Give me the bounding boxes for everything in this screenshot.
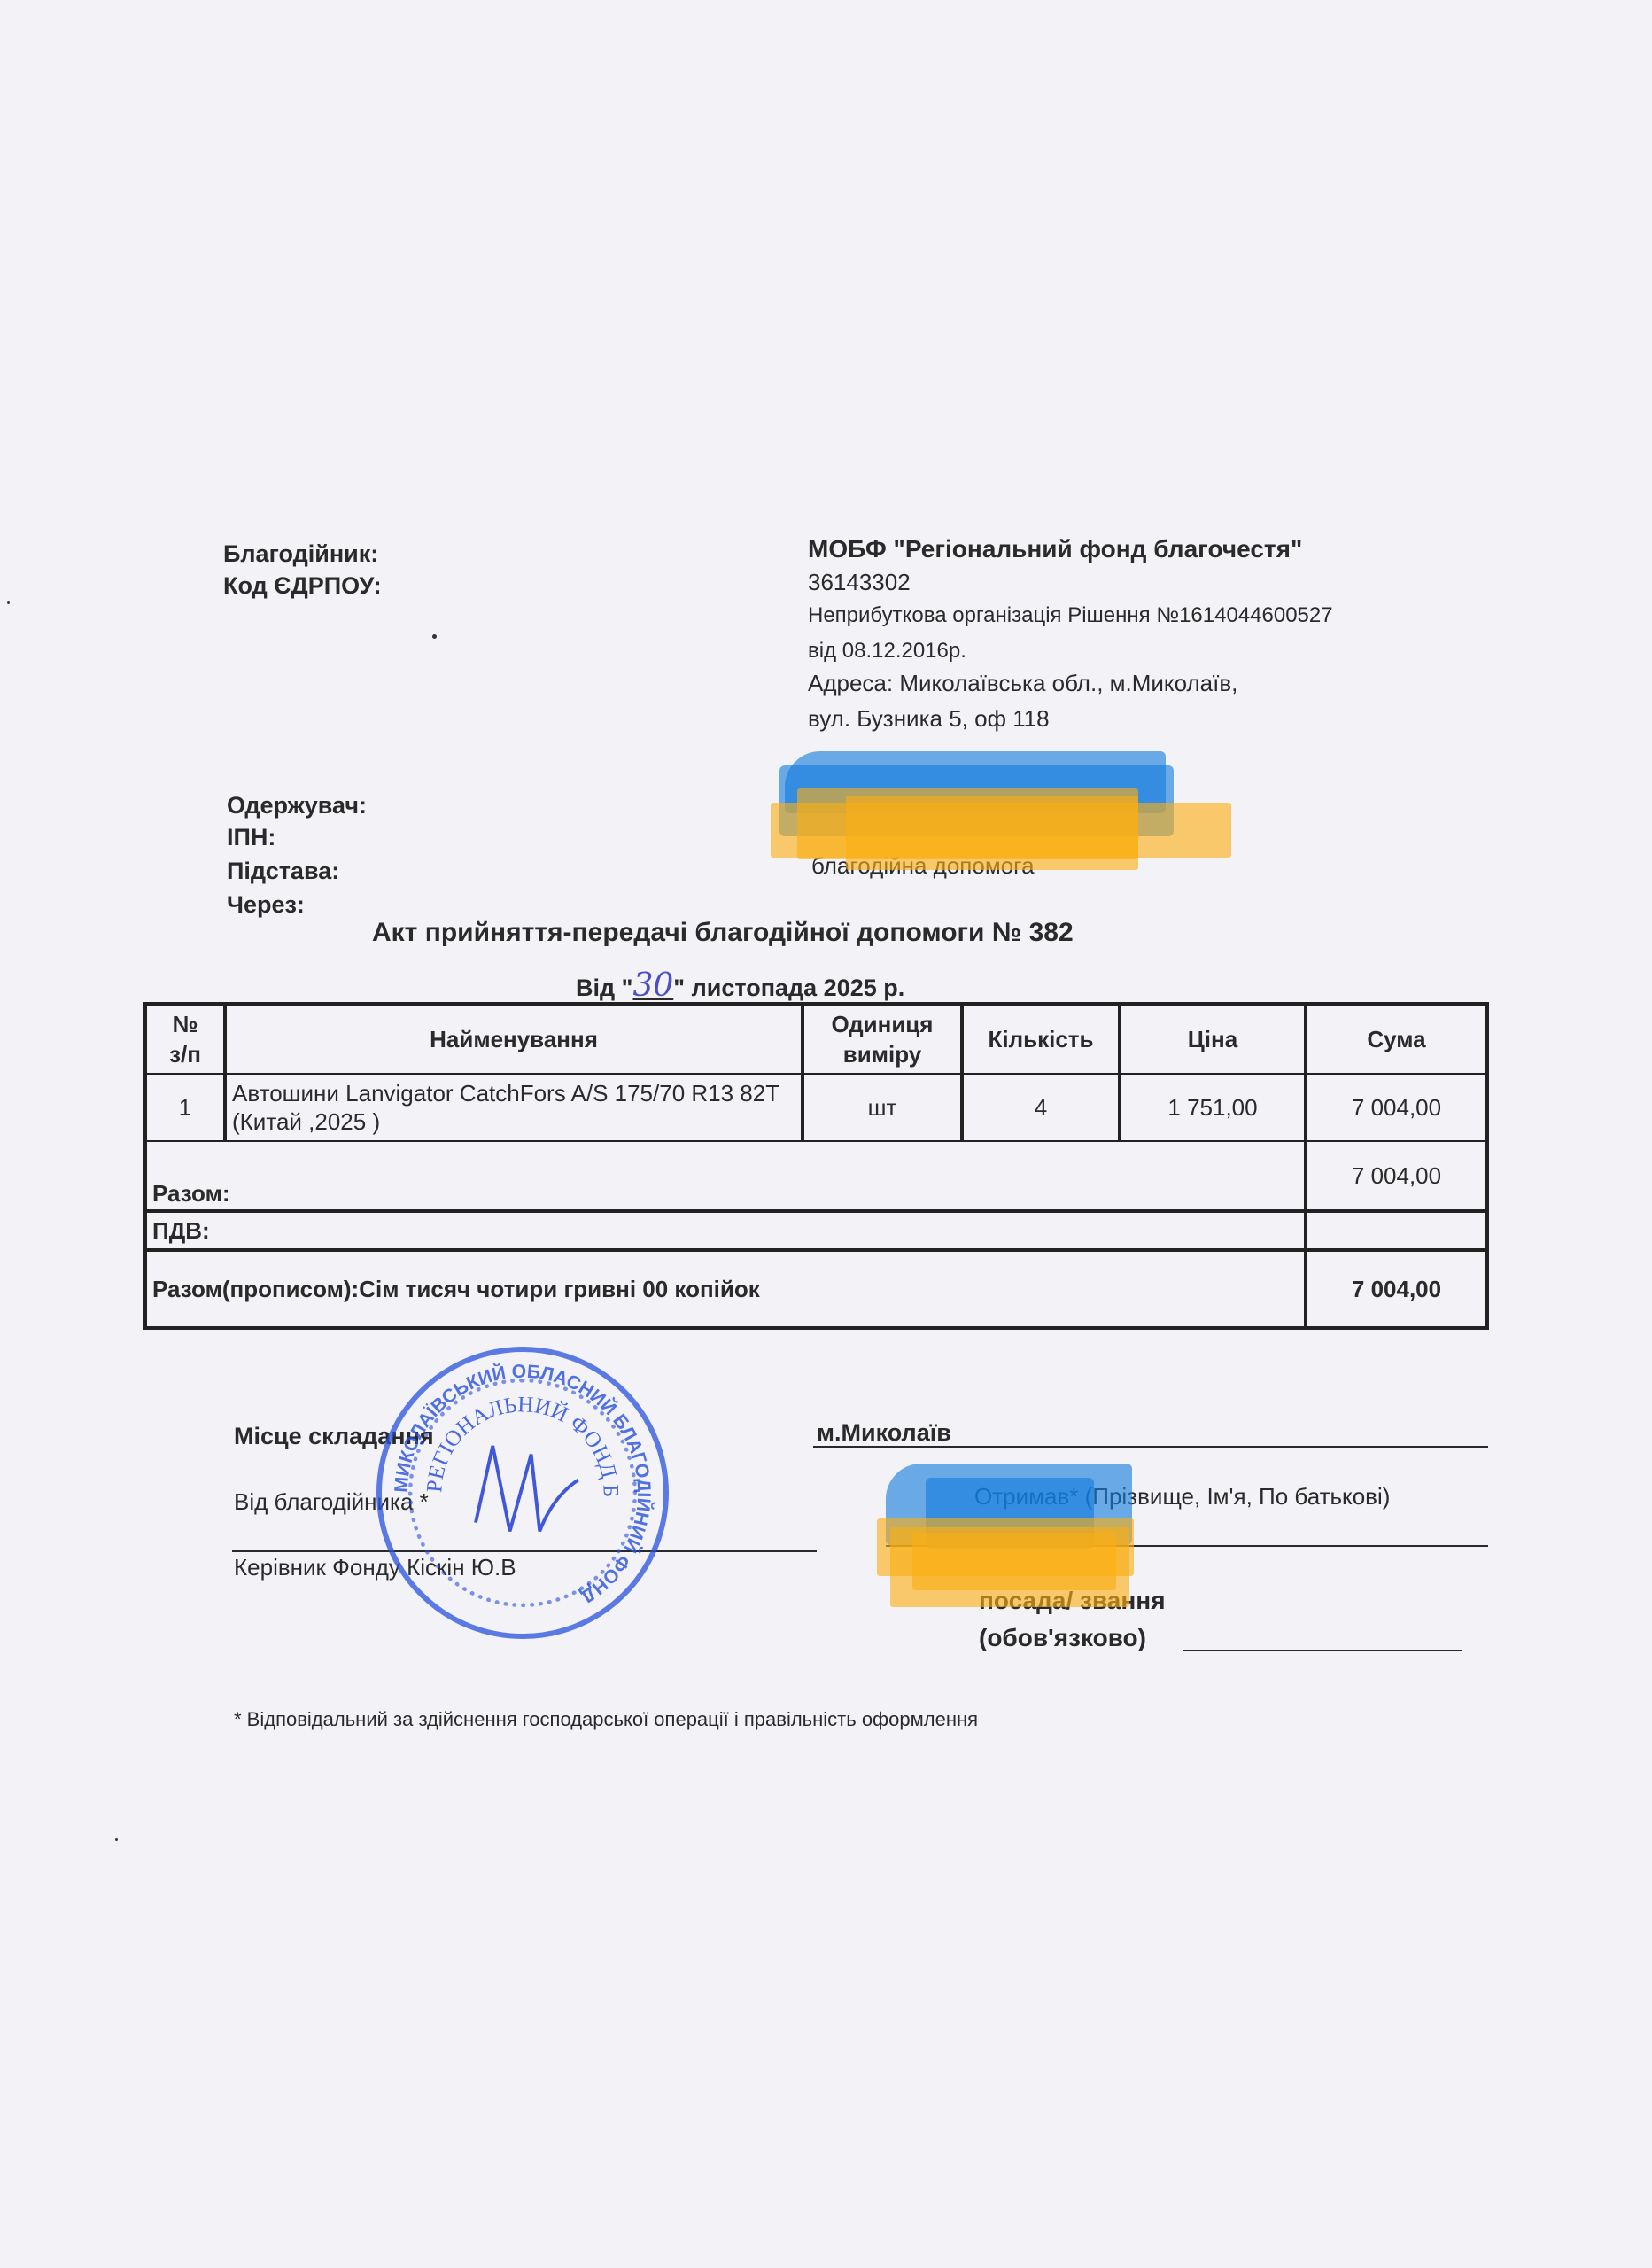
words-value: 7 004,00 [1306,1250,1487,1328]
position-underline [1183,1650,1462,1651]
recipient-label: Одержувач: [227,790,367,820]
words-label: Разом(прописом):Сім тисяч чотири гривні … [145,1250,1306,1328]
donor-address-line-1: Адреса: Миколаївська обл., м.Миколаїв, [808,666,1237,700]
donor-name: МОБФ "Регіональний фонд благочестя" [808,535,1302,563]
table-row: 1 Автошини Lanvigator CatchFors A/S 175/… [145,1074,1487,1141]
col-sum: Сума [1306,1004,1487,1074]
table-header-row: № з/п Найменування Одиниця виміру Кількі… [145,1004,1487,1074]
words-row: Разом(прописом):Сім тисяч чотири гривні … [145,1250,1487,1328]
signature-scribble [476,1446,578,1531]
donor-label: Благодійник: [223,539,378,569]
total-row: Разом: 7 004,00 [145,1141,1487,1211]
act-date-prefix: Від " [576,975,632,1001]
act-date: Від "30" листопада 2025 р. [576,967,904,1004]
recipient-via-label: Через: [227,889,305,920]
stamp-text-icon: МИКОЛАЇВСЬКИЙ ОБЛАСНИЙ БЛАГОДІЙНИЙ ФОНД … [382,1352,663,1634]
row-num: 1 [145,1074,225,1141]
donor-status-line-2: від 08.12.2016р. [808,634,966,668]
donor-code-label: Код ЄДРПОУ: [223,571,382,601]
scan-speck [115,1838,118,1841]
total-label: Разом: [145,1141,1306,1211]
col-num: № з/п [145,1004,225,1074]
act-date-day: 30 [632,967,673,1004]
col-qty: Кількість [962,1004,1120,1074]
row-price: 1 751,00 [1120,1074,1306,1141]
place-value: м.Миколаїв [817,1417,951,1448]
items-table: № з/п Найменування Одиниця виміру Кількі… [143,1002,1489,1330]
total-value: 7 004,00 [1306,1141,1487,1211]
row-unit: шт [803,1074,962,1141]
scan-speck [432,634,437,639]
row-name: Автошини Lanvigator CatchFors A/S 175/70… [225,1074,803,1141]
scan-speck [7,601,10,604]
vat-row: ПДВ: [145,1211,1487,1250]
donor-status-line-1: Неприбуткова організація Рішення №161404… [808,599,1333,633]
row-qty: 4 [962,1074,1120,1141]
col-price: Ціна [1120,1004,1306,1074]
footnote: * Відповідальний за здійснення господарс… [234,1708,978,1731]
vat-value [1306,1211,1487,1250]
row-sum: 7 004,00 [1306,1074,1487,1141]
place-underline [813,1446,1488,1448]
donor-address-line-2: вул. Бузника 5, оф 118 [808,702,1050,735]
recipient-tax-id-label: ІПН: [227,822,275,852]
col-name: Найменування [225,1004,803,1074]
recipient-basis-label: Підстава: [227,856,339,886]
mandatory-label: (обов'язково) [979,1623,1146,1653]
act-date-suffix: " листопада 2025 р. [673,975,904,1001]
vat-label: ПДВ: [145,1211,1306,1250]
donor-code: 36143302 [808,565,911,599]
col-unit: Одиниця виміру [803,1004,962,1074]
organization-stamp: МИКОЛАЇВСЬКИЙ ОБЛАСНИЙ БЛАГОДІЙНИЙ ФОНД … [376,1347,669,1639]
act-title: Акт прийняття-передачі благодійної допом… [0,918,1652,948]
